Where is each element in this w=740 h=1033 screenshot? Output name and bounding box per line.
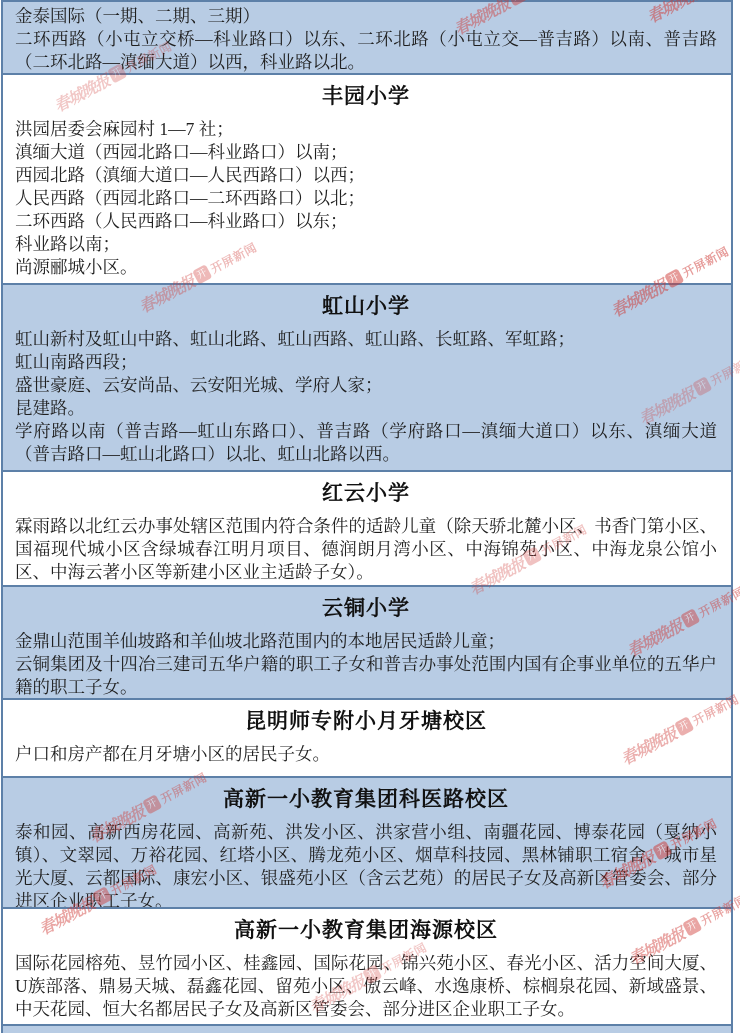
- section-body: 国际花园榕苑、昱竹园小区、桂鑫园、国际花园、锦兴苑小区、春光小区、活力空间大厦、…: [15, 952, 717, 1021]
- section-haiyuan: 高新一小教育集团海源校区 国际花园榕苑、昱竹园小区、桂鑫园、国际花园、锦兴苑小区…: [3, 909, 731, 1026]
- school-name-heading: 昆明师专附小月牙塘校区: [15, 709, 717, 735]
- body-line: 户口和房产都在月牙塘小区的居民子女。: [15, 743, 717, 766]
- school-name-heading: 红云小学: [15, 481, 717, 507]
- body-line: 云铜集团及十四冶三建司五华户籍的职工子女和普吉办事处范围内国有企事业单位的五华户…: [15, 653, 717, 699]
- section-body: 泰和园、高新西房花园、高新苑、洪发小区、洪家营小组、南疆花园、博泰花园（戛纳小镇…: [15, 821, 717, 909]
- body-line: 二环西路（人民西路口—科业路口）以东；: [15, 210, 717, 233]
- body-line: 西园北路（滇缅大道口—人民西路口）以西；: [15, 164, 717, 187]
- district-table: 金泰国际（一期、二期、三期）二环西路（小屯立交桥—科业路口）以东、二环北路（小屯…: [1, 0, 733, 1033]
- section-body: 霖雨路以北红云办事处辖区范围内符合条件的适龄儿童（除天骄北麓小区、书香门第小区、…: [15, 515, 717, 584]
- body-line: 昆建路。: [15, 397, 717, 420]
- school-name-heading: 丰园小学: [15, 84, 717, 110]
- section-body: 金鼎山范围羊仙坡路和羊仙坡北路范围内的本地居民适龄儿童；云铜集团及十四冶三建司五…: [15, 630, 717, 699]
- school-name-heading: 高新一小教育集团科医路校区: [15, 787, 717, 813]
- section-fengyuan: 丰园小学 洪园居委会麻园村 1—7 社；滇缅大道（西园北路口—科业路口）以南；西…: [3, 75, 731, 285]
- next-row-edge: [3, 1026, 731, 1033]
- body-line: 人民西路（西园北路口—二环西路口）以北；: [15, 187, 717, 210]
- body-line: 金鼎山范围羊仙坡路和羊仙坡北路范围内的本地居民适龄儿童；: [15, 630, 717, 653]
- body-line: 泰和园、高新西房花园、高新苑、洪发小区、洪家营小组、南疆花园、博泰花园（戛纳小镇…: [15, 821, 717, 909]
- body-line: 滇缅大道（西园北路口—科业路口）以南；: [15, 141, 717, 164]
- school-name-heading: 云铜小学: [15, 596, 717, 622]
- section-keyilu: 高新一小教育集团科医路校区 泰和园、高新西房花园、高新苑、洪发小区、洪家营小组、…: [3, 778, 731, 909]
- body-line: 洪园居委会麻园村 1—7 社；: [15, 118, 717, 141]
- section-hongshan: 虹山小学 虹山新村及虹山中路、虹山北路、虹山西路、虹山路、长虹路、军虹路；虹山南…: [3, 285, 731, 472]
- body-line: 尚源郦城小区。: [15, 256, 717, 279]
- body-line: 二环西路（小屯立交桥—科业路口）以东、二环北路（小屯立交—普吉路）以南、普吉路（…: [15, 28, 717, 74]
- school-name-heading: 虹山小学: [15, 294, 717, 320]
- body-line: 学府路以南（普吉路—虹山东路口）、普吉路（学府路口—滇缅大道口）以东、滇缅大道（…: [15, 420, 717, 466]
- section-yuntong: 云铜小学 金鼎山范围羊仙坡路和羊仙坡北路范围内的本地居民适龄儿童；云铜集团及十四…: [3, 587, 731, 700]
- body-line: 霖雨路以北红云办事处辖区范围内符合条件的适龄儿童（除天骄北麓小区、书香门第小区、…: [15, 515, 717, 584]
- body-line: 金泰国际（一期、二期、三期）: [15, 5, 717, 28]
- body-line: 科业路以南；: [15, 233, 717, 256]
- section-body: 金泰国际（一期、二期、三期）二环西路（小屯立交桥—科业路口）以东、二环北路（小屯…: [15, 5, 717, 74]
- section-body: 虹山新村及虹山中路、虹山北路、虹山西路、虹山路、长虹路、军虹路；虹山南路西段；盛…: [15, 328, 717, 466]
- body-line: 国际花园榕苑、昱竹园小区、桂鑫园、国际花园、锦兴苑小区、春光小区、活力空间大厦、…: [15, 952, 717, 1021]
- school-district-document: 金泰国际（一期、二期、三期）二环西路（小屯立交桥—科业路口）以东、二环北路（小屯…: [0, 0, 740, 1033]
- body-line: 虹山新村及虹山中路、虹山北路、虹山西路、虹山路、长虹路、军虹路；: [15, 328, 717, 351]
- section-body: 洪园居委会麻园村 1—7 社；滇缅大道（西园北路口—科业路口）以南；西园北路（滇…: [15, 118, 717, 279]
- section-yueyatang: 昆明师专附小月牙塘校区 户口和房产都在月牙塘小区的居民子女。: [3, 700, 731, 778]
- section-body: 户口和房产都在月牙塘小区的居民子女。: [15, 743, 717, 766]
- section-hongyun: 红云小学 霖雨路以北红云办事处辖区范围内符合条件的适龄儿童（除天骄北麓小区、书香…: [3, 472, 731, 587]
- school-name-heading: 高新一小教育集团海源校区: [15, 918, 717, 944]
- body-line: 虹山南路西段；: [15, 351, 717, 374]
- body-line: 盛世豪庭、云安尚品、云安阳光城、学府人家；: [15, 374, 717, 397]
- section-jintai-continuation: 金泰国际（一期、二期、三期）二环西路（小屯立交桥—科业路口）以东、二环北路（小屯…: [3, 2, 731, 75]
